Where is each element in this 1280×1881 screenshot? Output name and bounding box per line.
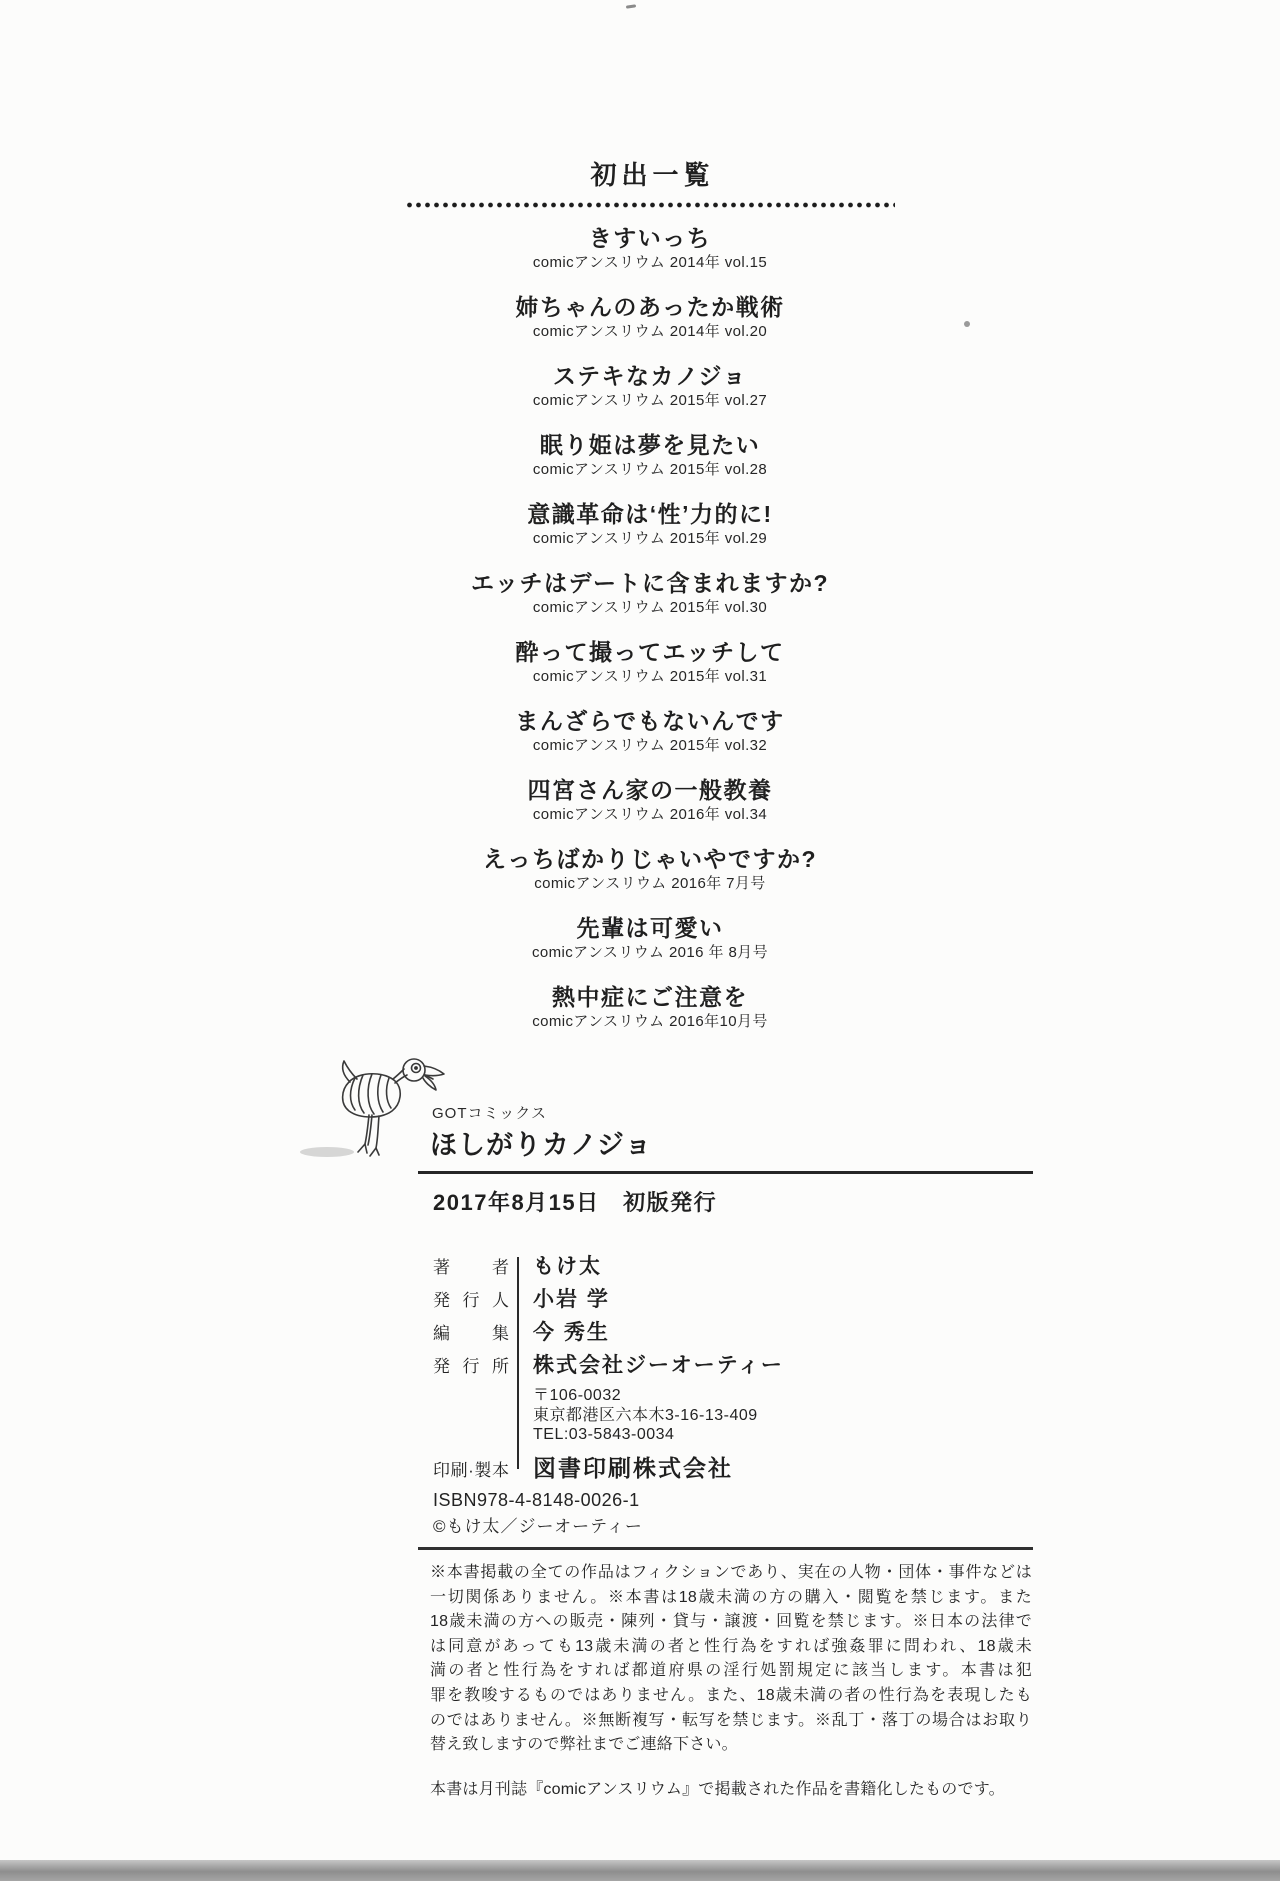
work-title: 酔って撮ってエッチして [405, 638, 895, 667]
work-source: comicアンスリウム 2015年 vol.31 [405, 667, 895, 687]
work-source: comicアンスリウム 2015年 vol.32 [405, 736, 895, 756]
scan-edge-bottom [0, 1860, 1280, 1881]
credit-row: 著者 もけ太 [433, 1254, 1053, 1281]
address-line: 〒106-0032 [533, 1386, 1053, 1406]
credit-label: 印刷·製本 [433, 1458, 509, 1484]
disclaimer-line: 罪を教唆するものではありません。また、18歳未満の者の性行為を表現したも [430, 1684, 1032, 1709]
work-title: ステキなカノジョ [405, 362, 895, 391]
copyright-line: ©もけ太／ジーオーティー [433, 1512, 643, 1537]
work-title: 熱中症にご注意を [405, 983, 895, 1012]
publisher-address: 〒106-0032 東京都港区六本木3-16-13-409 TEL:03-584… [533, 1386, 1053, 1445]
work-source: comicアンスリウム 2014年 vol.20 [405, 322, 895, 342]
publication-entry: 意識革命は‘性’力的に! comicアンスリウム 2015年 vol.29 [405, 500, 895, 549]
title-rule [418, 1171, 1033, 1174]
imprint-label: GOTコミックス [432, 1102, 547, 1123]
disclaimer-line: ※本書掲載の全ての作品はフィクションであり、実在の人物・団体・事件などは [430, 1561, 1032, 1586]
work-title: 眠り姫は夢を見たい [405, 431, 895, 460]
book-title: ほしがりカノジョ [430, 1128, 652, 1162]
disclaimer-line: 18歳未満の方への販売・陳列・貸与・譲渡・回覧を禁じます。※日本の法律で [430, 1610, 1032, 1635]
address-line: 東京都港区六本木3-16-13-409 [533, 1406, 1053, 1426]
publication-entry: 四宮さん家の一般教養 comicアンスリウム 2016年 vol.34 [405, 776, 895, 825]
publication-entry: 眠り姫は夢を見たい comicアンスリウム 2015年 vol.28 [405, 431, 895, 480]
credit-label: 著者 [433, 1255, 509, 1281]
edition-line: 2017年8月15日 初版発行 [433, 1186, 717, 1217]
isbn: ISBN978-4-8148-0026-1 [433, 1490, 640, 1511]
publication-entry: ステキなカノジョ comicアンスリウム 2015年 vol.27 [405, 362, 895, 411]
work-title: きすいっち [405, 224, 895, 253]
work-title: 先輩は可愛い [405, 914, 895, 943]
work-title: えっちばかりじゃいやですか? [405, 845, 895, 874]
publication-entry: きすいっち comicアンスリウム 2014年 vol.15 [405, 224, 895, 273]
publication-entry: 熱中症にご注意を comicアンスリウム 2016年10月号 [405, 983, 895, 1032]
credit-value: もけ太 [509, 1254, 602, 1280]
dotted-divider [405, 202, 895, 208]
credit-label: 発行所 [433, 1354, 509, 1380]
credit-row: 発行所 株式会社ジーオーティー [433, 1353, 1053, 1380]
credits-table: 著者 もけ太 発行人 小岩 学 編集 今 秀生 発行所 株式会社ジーオーティー [433, 1254, 1053, 1490]
disclaimer-line: 替え致しますので弊社までご連絡下さい。 [430, 1733, 1032, 1758]
publication-list: きすいっち comicアンスリウム 2014年 vol.15 姉ちゃんのあったか… [405, 224, 895, 1032]
work-title: 姉ちゃんのあったか戦術 [405, 293, 895, 322]
serialization-note: 本書は月刊誌『comicアンスリウム』で掲載された作品を書籍化したものです。 [430, 1776, 1005, 1799]
disclaimer: ※本書掲載の全ての作品はフィクションであり、実在の人物・団体・事件などは 一切関… [430, 1561, 1032, 1758]
scan-speck [964, 321, 970, 327]
credits-divider [517, 1257, 519, 1469]
scanned-colophon-page: 初出一覧 きすいっち comicアンスリウム 2014年 vol.15 姉ちゃん… [0, 0, 1280, 1881]
publication-entry: 酔って撮ってエッチして comicアンスリウム 2015年 vol.31 [405, 638, 895, 687]
section-title: 初出一覧 [405, 160, 895, 190]
work-title: 意識革命は‘性’力的に! [405, 500, 895, 529]
credit-value: 今 秀生 [509, 1320, 610, 1346]
publication-entry: 姉ちゃんのあったか戦術 comicアンスリウム 2014年 vol.20 [405, 293, 895, 342]
publication-entry: えっちばかりじゃいやですか? comicアンスリウム 2016年 7月号 [405, 845, 895, 894]
work-source: comicアンスリウム 2016年 7月号 [405, 874, 895, 894]
disclaimer-rule [418, 1547, 1033, 1550]
scan-speck [626, 4, 636, 8]
address-line: TEL:03-5843-0034 [533, 1425, 1053, 1445]
disclaimer-line: のではありません。※無断複写・転写を禁じます。※乱丁・落丁の場合はお取り [430, 1709, 1032, 1734]
work-title: まんざらでもないんです [405, 707, 895, 736]
credit-value: 図書印刷株式会社 [509, 1454, 733, 1482]
credit-row: 編集 今 秀生 [433, 1320, 1053, 1347]
work-source: comicアンスリウム 2016年10月号 [405, 1012, 895, 1032]
credit-value: 株式会社ジーオーティー [509, 1353, 784, 1379]
first-publication-section: 初出一覧 きすいっち comicアンスリウム 2014年 vol.15 姉ちゃん… [405, 160, 895, 1052]
work-title: 四宮さん家の一般教養 [405, 776, 895, 805]
credit-label: 編集 [433, 1321, 509, 1347]
publication-entry: まんざらでもないんです comicアンスリウム 2015年 vol.32 [405, 707, 895, 756]
publication-entry: エッチはデートに含まれますか? comicアンスリウム 2015年 vol.30 [405, 569, 895, 618]
work-source: comicアンスリウム 2015年 vol.30 [405, 598, 895, 618]
credits-main-rows: 著者 もけ太 発行人 小岩 学 編集 今 秀生 発行所 株式会社ジーオーティー [433, 1254, 1053, 1380]
disclaimer-line: 満の者と性行為をすれば都道府県の淫行処罰規定に該当します。本書は犯 [430, 1659, 1032, 1684]
work-source: comicアンスリウム 2015年 vol.28 [405, 460, 895, 480]
printing-row: 印刷·製本 図書印刷株式会社 [433, 1454, 1053, 1484]
work-source: comicアンスリウム 2016年 vol.34 [405, 805, 895, 825]
credit-row: 発行人 小岩 学 [433, 1287, 1053, 1314]
work-title: エッチはデートに含まれますか? [405, 569, 895, 598]
disclaimer-line: 一切関係ありません。※本書は18歳未満の方の購入・閲覧を禁じます。また [430, 1586, 1032, 1611]
credit-value: 小岩 学 [509, 1287, 610, 1313]
work-source: comicアンスリウム 2016 年 8月号 [405, 943, 895, 963]
work-source: comicアンスリウム 2014年 vol.15 [405, 253, 895, 273]
work-source: comicアンスリウム 2015年 vol.27 [405, 391, 895, 411]
credit-label: 発行人 [433, 1288, 509, 1314]
disclaimer-line: は同意があっても13歳未満の者と性行為をすれば強姦罪に問われ、18歳未 [430, 1635, 1032, 1660]
publication-entry: 先輩は可愛い comicアンスリウム 2016 年 8月号 [405, 914, 895, 963]
work-source: comicアンスリウム 2015年 vol.29 [405, 529, 895, 549]
